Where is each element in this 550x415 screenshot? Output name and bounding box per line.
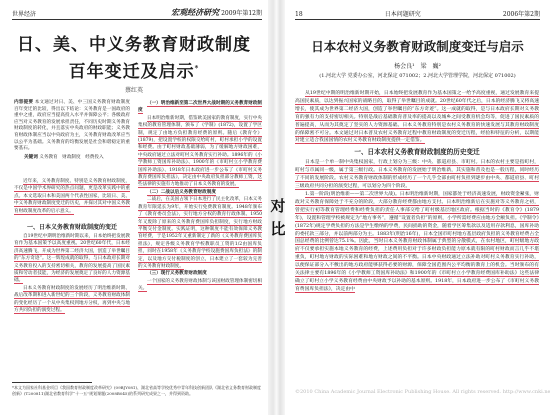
- keywords-label: 关键词: [24, 155, 38, 160]
- journal-name: 宏观经济研究: [171, 7, 219, 17]
- left-column-2: （一）明治维新至第二次世界大战时期的义务教育财政制度 日本明治维新时期，借鉴欧美…: [138, 100, 262, 293]
- section-heading: 一、日本农村义务教育财政制度的历史变迁: [295, 145, 539, 159]
- article-title-line2: 百年变迁及启示*: [0, 57, 268, 82]
- article-title-line1: 日、美、中义务教育财政制度: [0, 30, 268, 55]
- abstract: 内容提要 本文通过对日、美、中三国义务教育财政制度百年变迁的比较，得出以下结论：…: [14, 100, 130, 161]
- issue-label: 2009年第12期: [221, 10, 262, 17]
- paragraph: 一个国家的义务教育财政体制与该国财政管理体制密切相关。: [138, 279, 262, 292]
- article-author: 蔡红英: [0, 85, 268, 94]
- right-article-page: 18 日本问题研究 2006年第2期 日本农村义务教育财政制度变迁与启示 杨会良…: [285, 0, 550, 415]
- left-column-1: 近年来，义务教育制度、特别是义务教育财政制度，不仅是中国学术界研究的热点问题，更…: [14, 178, 130, 315]
- abstract-text: 本文通过对日、美、中三国义务教育财政制度百年变迁的比较，得出以下结论：义务教育是…: [14, 100, 130, 151]
- paragraph: 日本明治维新时期，借鉴欧美国家的教育制度，实行中央集权的教育管理体制，颁布了《学…: [138, 116, 262, 189]
- right-article-body: 从19世纪中期的明治维新时期开始，日本始终把发展教育作为基本国策之一给予高度重视…: [295, 90, 539, 294]
- keywords: 义务教育 财政制度 经费投入: [39, 155, 103, 160]
- paragraph: 自19世纪中期明治维新时期以来，日本始终把发展教育作为基本国策予以高度重视。20…: [14, 234, 130, 284]
- copyright-watermark: ©2010 China Academic Journal Electronic …: [295, 389, 550, 395]
- intro-paragraph: 近年来，义务教育制度、特别是义务教育财政制度，不仅是中国学术界研究的热点问题，更…: [14, 179, 130, 215]
- subsection-heading: （二）二战以后义务教育财政制度: [147, 190, 216, 196]
- issue-label: 2006年第2期: [503, 9, 540, 18]
- journal-name: 日本问题研究: [385, 9, 421, 18]
- footnote-divider: [12, 382, 92, 383]
- left-page-header: 世界经济 宏观经济研究 2009年第12期: [12, 6, 262, 20]
- paragraph: 二战后，在美国占领下日本进行了民主化改革，日本义务教育年限延长为9年，开始实行免…: [138, 197, 262, 270]
- paragraph: 日本是一个单一制中央集权国家，行政上划分为三级：中央、都道府县、市町村。日本的农…: [295, 160, 539, 190]
- section-heading: 一、日本义务教育财政制度的变迁: [14, 223, 130, 233]
- author-affiliation: (1.河北大学 党委办公室，河北保定 071002；2.河北大学管理学院，河北保…: [285, 72, 550, 79]
- left-article-page: 世界经济 宏观经济研究 2009年第12期 日、美、中义务教育财政制度 百年变迁…: [0, 0, 268, 415]
- right-page-header: 18 日本问题研究 2006年第2期: [295, 6, 540, 20]
- subsection-heading: （一）明治维新至第二次世界大战时期的义务教育财政制度: [138, 101, 262, 114]
- section-label: 世界经济: [12, 9, 36, 18]
- paragraph: 日本义务教育财政制度的发展经历了明治维新时期、战后改革期和进入新世纪的三个阶段，…: [14, 286, 130, 314]
- article-title: 日本农村义务教育财政制度变迁与启示: [285, 37, 550, 55]
- abstract-label: 内容提要: [14, 100, 33, 105]
- subsection-heading: （三）现行义务教育财政制度: [147, 271, 207, 276]
- article-authors: 杨会良¹ 梁 巍²: [285, 61, 550, 70]
- page-number: 18: [295, 11, 303, 18]
- intro-paragraph: 从19世纪中期的明治维新时期开始，日本始终把发展教育作为基本国策之一给予高度重视…: [295, 91, 539, 144]
- paragraph: 1.第一阶段(明治维新——第二次世界大战)。日本明治维新时期，国家都处于经济高速…: [295, 192, 539, 293]
- footnote: *本文为国家社科基金项目《我国教育财政制度改革研究》(09BJY081)、湖北省…: [12, 385, 262, 397]
